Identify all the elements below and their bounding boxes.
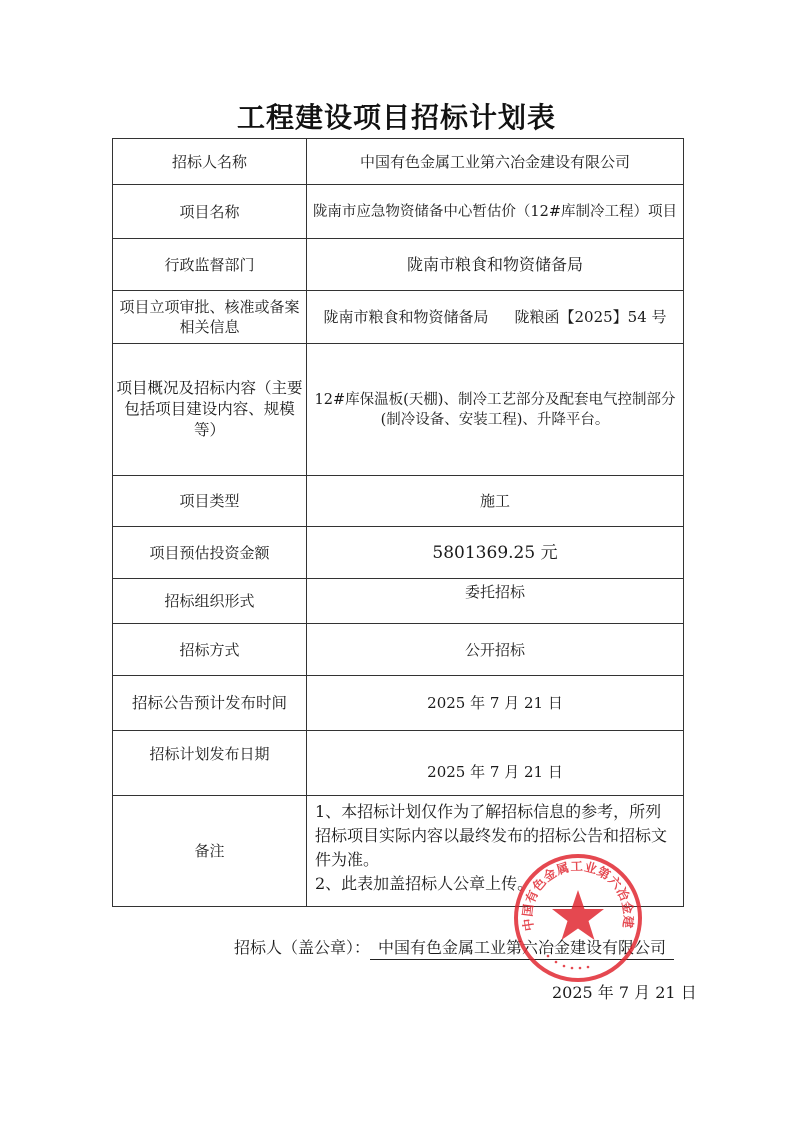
- table-row-bidding-method: 招标方式 公开招标: [113, 624, 684, 676]
- signer-company: 中国有色金属工业第六冶金建设有限公司: [370, 938, 674, 960]
- row-value: 中国有色金属工业第六冶金建设有限公司: [307, 139, 684, 185]
- row-label: 行政监督部门: [113, 239, 307, 291]
- table-row-plan-publish-date: 招标计划发布日期 2025 年 7 月 21 日: [113, 731, 684, 796]
- investment-amount: 5801369.25 元: [307, 527, 684, 579]
- row-value: 2025 年 7 月 21 日: [307, 676, 684, 731]
- table-row-organization-form: 招标组织形式 委托招标: [113, 579, 684, 624]
- table-row-remarks: 备注 1、本招标计划仅作为了解招标信息的参考，所列招标项目实际内容以最终发布的招…: [113, 796, 684, 907]
- row-label: 招标方式: [113, 624, 307, 676]
- row-label: 备注: [113, 796, 307, 907]
- row-label: 项目概况及招标内容（主要包括项目建设内容、规模等）: [113, 344, 307, 476]
- row-label: 招标公告预计发布时间: [113, 676, 307, 731]
- sign-date: 2025 年 7 月 21 日: [552, 980, 697, 1003]
- row-value: 2025 年 7 月 21 日: [307, 731, 684, 796]
- table-row-project-overview: 项目概况及招标内容（主要包括项目建设内容、规模等） 12#库保温板(天棚)、制冷…: [113, 344, 684, 476]
- row-label: 招标计划发布日期: [113, 731, 307, 796]
- row-label: 招标人名称: [113, 139, 307, 185]
- row-value: 陇南市粮食和物资储备局: [307, 239, 684, 291]
- table-row-supervision-dept: 行政监督部门 陇南市粮食和物资储备局: [113, 239, 684, 291]
- row-value: 陇南市粮食和物资储备局陇粮函【2025】54 号: [307, 291, 684, 344]
- table-row-estimated-investment: 项目预估投资金额 5801369.25 元: [113, 527, 684, 579]
- approval-document-number: 陇粮函【2025】54 号: [514, 308, 666, 326]
- table-row-project-type: 项目类型 施工: [113, 476, 684, 527]
- document-title: 工程建设项目招标计划表: [0, 96, 793, 136]
- signer-label: 招标人（盖公章）：: [234, 938, 370, 957]
- remark-line-1: 1、本招标计划仅作为了解招标信息的参考，所列招标项目实际内容以最终发布的招标公告…: [315, 800, 677, 872]
- row-value: 公开招标: [307, 624, 684, 676]
- row-label: 项目类型: [113, 476, 307, 527]
- signer-line: 招标人（盖公章）：中国有色金属工业第六冶金建设有限公司: [234, 935, 674, 960]
- row-label: 项目立项审批、核准或备案相关信息: [113, 291, 307, 344]
- table-row-bidder: 招标人名称 中国有色金属工业第六冶金建设有限公司: [113, 139, 684, 185]
- table-row-announcement-date: 招标公告预计发布时间 2025 年 7 月 21 日: [113, 676, 684, 731]
- row-value: 施工: [307, 476, 684, 527]
- remark-line-2: 2、此表加盖招标人公章上传。: [315, 872, 677, 896]
- remarks-content: 1、本招标计划仅作为了解招标信息的参考，所列招标项目实际内容以最终发布的招标公告…: [307, 796, 684, 907]
- row-label: 项目预估投资金额: [113, 527, 307, 579]
- bidding-plan-table: 招标人名称 中国有色金属工业第六冶金建设有限公司 项目名称 陇南市应急物资储备中…: [112, 138, 684, 907]
- table-row-project-name: 项目名称 陇南市应急物资储备中心暂估价（12#库制冷工程）项目: [113, 185, 684, 239]
- row-value: 陇南市应急物资储备中心暂估价（12#库制冷工程）项目: [307, 185, 684, 239]
- row-value: 12#库保温板(天棚)、制冷工艺部分及配套电气控制部分(制冷设备、安装工程)、升…: [307, 344, 684, 476]
- approval-authority: 陇南市粮食和物资储备局: [323, 308, 488, 326]
- row-label: 招标组织形式: [113, 579, 307, 624]
- row-label: 项目名称: [113, 185, 307, 239]
- table-row-approval-info: 项目立项审批、核准或备案相关信息 陇南市粮食和物资储备局陇粮函【2025】54 …: [113, 291, 684, 344]
- row-value: 委托招标: [307, 579, 684, 624]
